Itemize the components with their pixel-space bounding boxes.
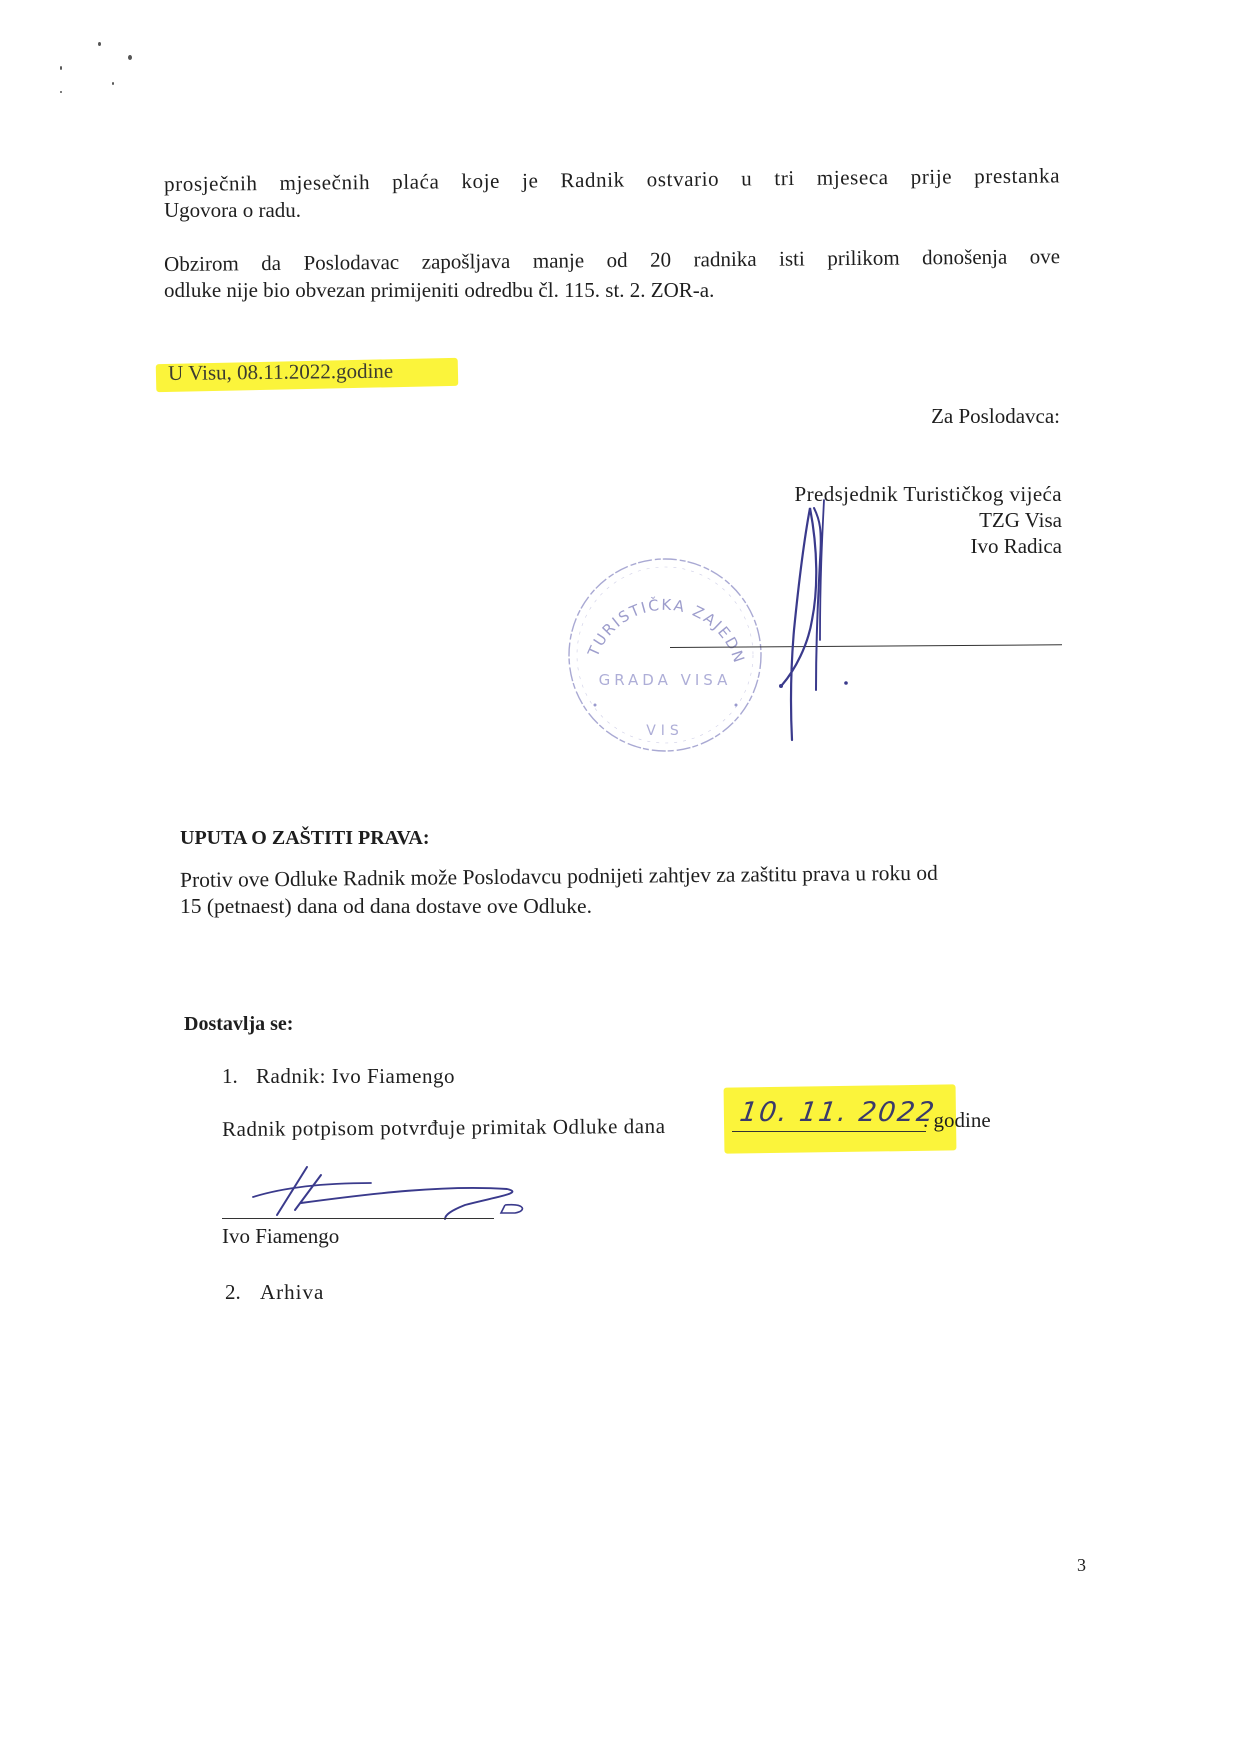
paragraph-1-line-1: prosječnih mjesečnih plaća koje je Radni… — [164, 165, 1060, 195]
paragraph-2-line-2: odluke nije bio obvezan primijeniti odre… — [164, 280, 714, 301]
rights-notice-line-2: 15 (petnaest) dana od dana dostave ove O… — [180, 896, 592, 918]
scan-speck — [128, 55, 132, 60]
official-stamp: TURISTIČKA ZAJEDNICA GRADA VISA VIS — [565, 555, 765, 755]
delivery-item-1-number: 1. — [222, 1066, 238, 1087]
employer-signature — [770, 500, 850, 740]
employer-label: Za Poslodavca: — [931, 406, 1060, 427]
delivery-heading: Dostavlja se: — [184, 1014, 293, 1034]
delivery-item-2-label: Arhiva — [260, 1282, 324, 1303]
stamp-top-text: TURISTIČKA ZAJEDNICA — [559, 541, 749, 667]
svg-text:TURISTIČKA ZAJEDNICA: TURISTIČKA ZAJEDNICA — [559, 541, 749, 667]
employer-title-line-2: TZG Visa — [979, 510, 1062, 531]
stamp-bottom-text: VIS — [646, 723, 684, 739]
receipt-date-underline — [732, 1131, 926, 1132]
worker-signature-line — [222, 1218, 494, 1219]
worker-signer-name: Ivo Fiamengo — [222, 1226, 339, 1247]
scan-speck — [60, 66, 62, 70]
receipt-suffix: . godine — [923, 1110, 991, 1131]
receipt-date-handwritten: 10. 11. 2022 — [738, 1097, 938, 1128]
rights-notice-heading: UPUTA O ZAŠTITI PRAVA: — [180, 828, 430, 848]
stamp-middle-text: GRADA VISA — [599, 671, 732, 689]
paragraph-1-line-2: Ugovora o radu. — [164, 200, 301, 221]
scan-speck — [112, 82, 114, 85]
delivery-item-1-label: Radnik: Ivo Fiamengo — [256, 1066, 455, 1087]
rights-notice-line-1: Protiv ove Odluke Radnik može Poslodavcu… — [180, 863, 938, 892]
paragraph-2-line-1: Obzirom da Poslodavac zapošljava manje o… — [164, 246, 1060, 275]
receipt-prefix: Radnik potpisom potvrđuje primitak Odluk… — [222, 1116, 666, 1140]
scan-speck — [60, 91, 62, 93]
scan-speck — [98, 42, 101, 46]
page-number: 3 — [1077, 1555, 1086, 1576]
employer-name: Ivo Radica — [970, 536, 1062, 557]
delivery-item-2-number: 2. — [225, 1282, 241, 1303]
worker-signature — [225, 1165, 525, 1225]
place-date: U Visu, 08.11.2022.godine — [168, 361, 393, 384]
